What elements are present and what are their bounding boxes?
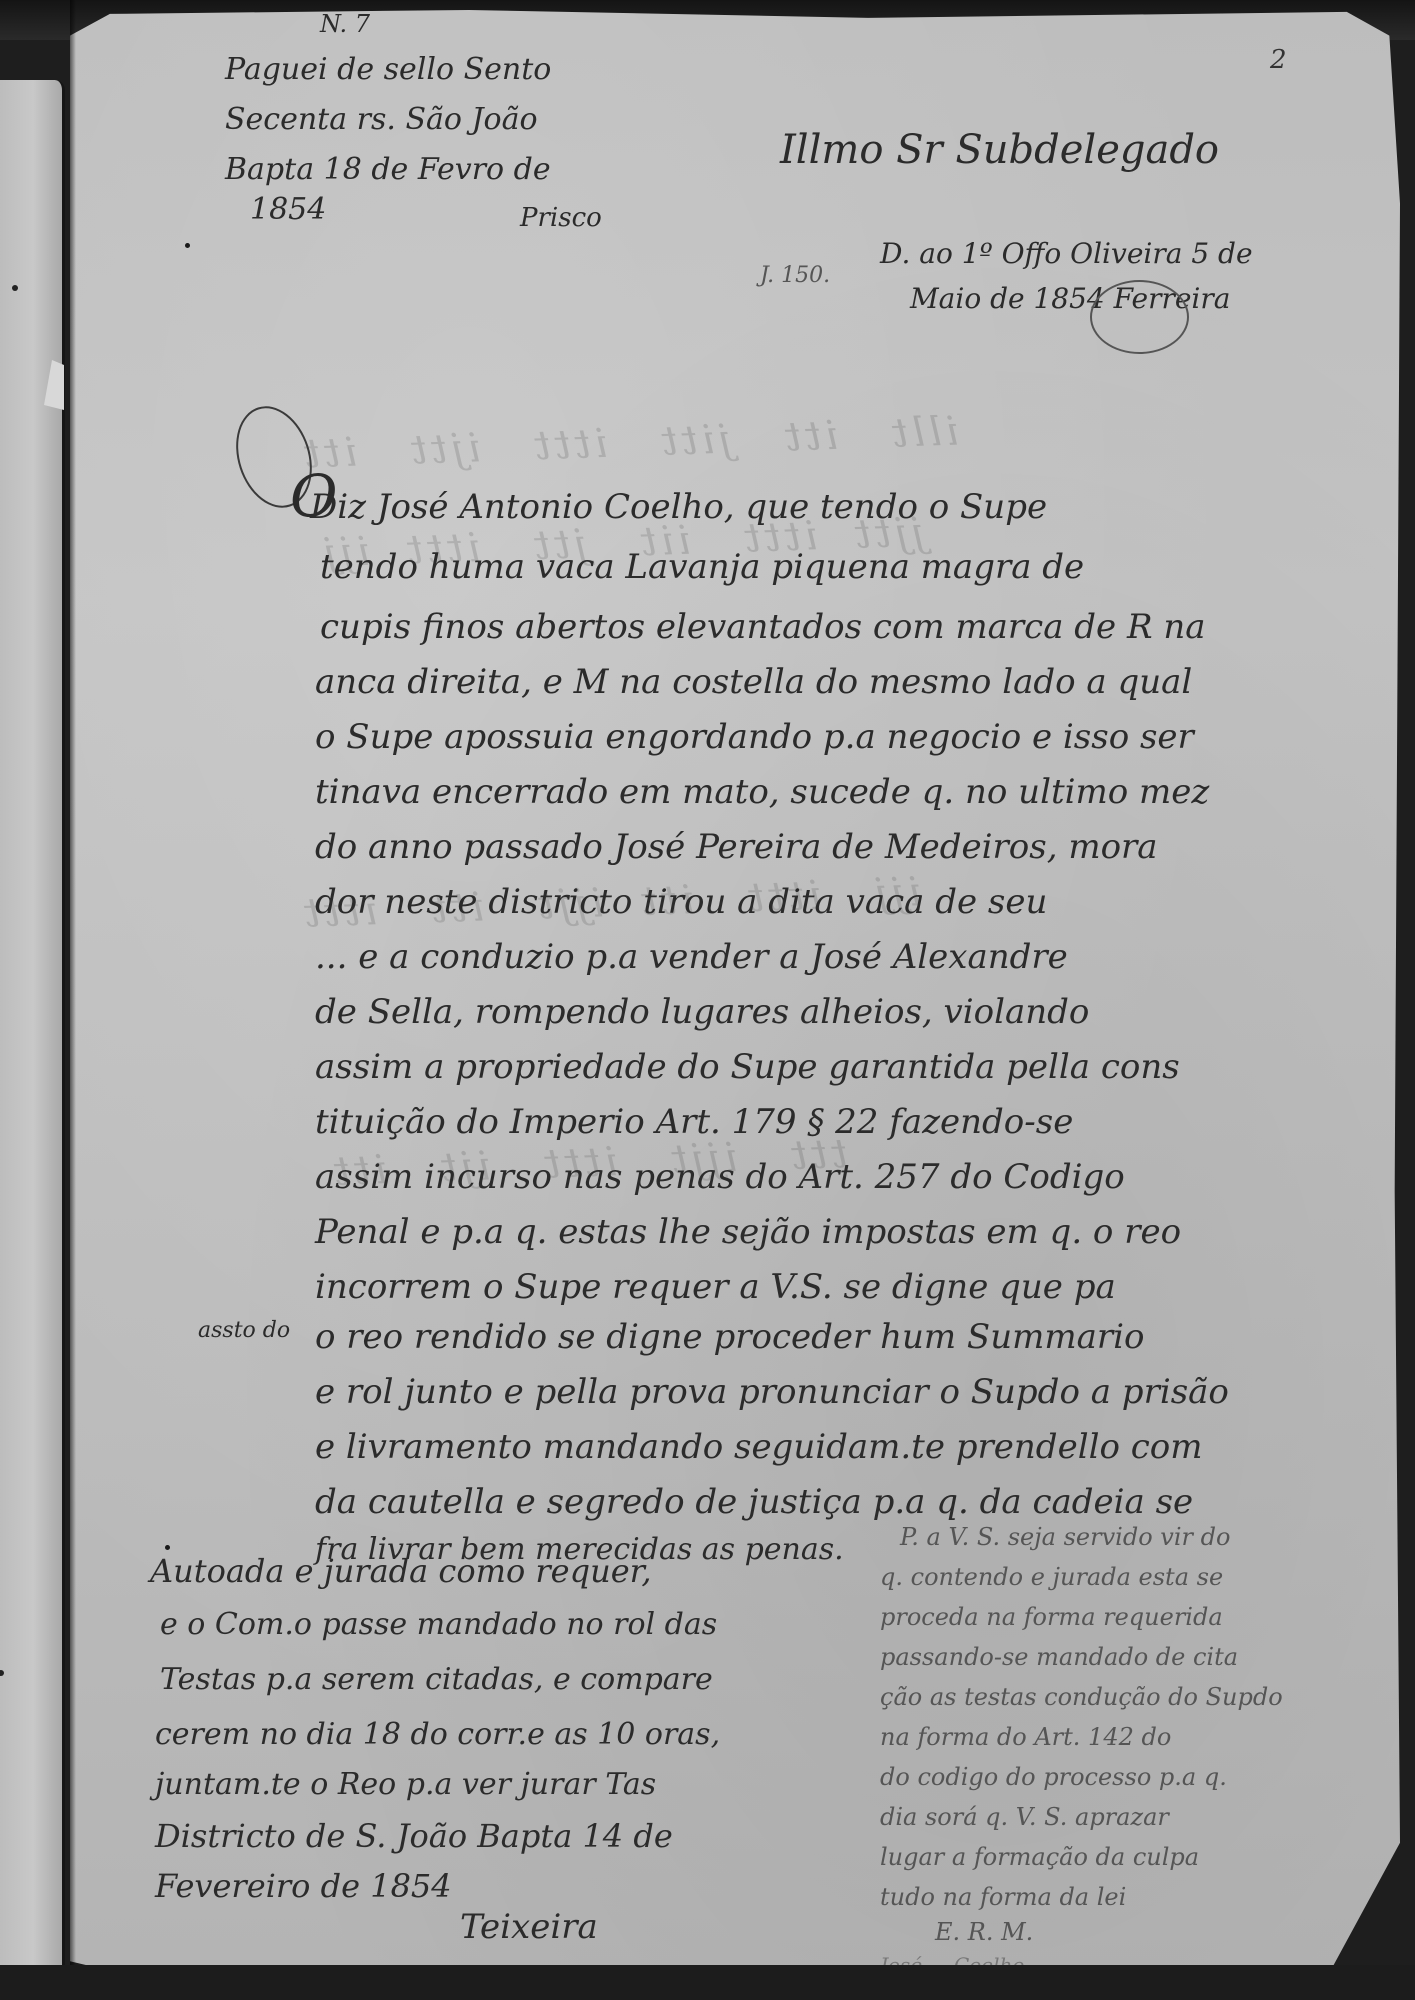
closing-line: do codigo do processo p.a q. <box>880 1765 1227 1789</box>
ink-spot <box>0 1670 4 1676</box>
spine-shadow <box>70 0 76 2000</box>
header-signature: Prisco <box>520 205 602 231</box>
stamp-duty-line: Bapta 18 de Fevro de <box>225 155 551 185</box>
closing-abbreviation: E. R. M. <box>935 1920 1033 1944</box>
clerk-line: e o Com.o passe mandado no rol das <box>160 1610 717 1640</box>
scanner-background-bottom <box>0 1965 1415 2000</box>
margin-note: J. 150. <box>760 265 830 287</box>
body-line: e rol junto e pella prova pronunciar o S… <box>315 1375 1229 1409</box>
closing-line: ção as testas condução do Supdo <box>880 1685 1283 1709</box>
closing-line: lugar a formação da culpa <box>880 1845 1199 1869</box>
closing-line: proceda na forma requerida <box>880 1605 1223 1629</box>
body-line: tendo huma vaca Lavanja piquena magra de <box>320 550 1084 584</box>
page-number: 2 <box>1270 45 1287 75</box>
closing-line: dia sorá q. V. S. aprazar <box>880 1805 1169 1829</box>
body-line: o Supe apossuia engordando p.a negocio e… <box>315 720 1194 754</box>
body-line: ... e a conduzio p.a vender a José Alexa… <box>315 940 1068 974</box>
body-line: o reo rendido se digne proceder hum Summ… <box>315 1320 1144 1354</box>
closing-line: passando-se mandado de cita <box>880 1645 1238 1669</box>
salutation: Illmo Sr Subdelegado <box>780 130 1219 170</box>
body-line: de Sella, rompendo lugares alheios, viol… <box>315 995 1089 1029</box>
clerk-line: Fevereiro de 1854 <box>155 1870 452 1902</box>
body-line: Penal e p.a q. estas lhe sejão impostas … <box>315 1215 1181 1249</box>
ink-spot <box>185 243 190 248</box>
dispatch-line: D. ao 1º Offo Oliveira 5 de <box>880 240 1253 268</box>
closing-line: P. a V. S. seja servido vir do <box>900 1525 1230 1549</box>
closing-line: q. contendo e jurada esta se <box>880 1565 1223 1589</box>
signature-flourish <box>1090 280 1189 354</box>
clerk-line: Autoada e jurada como requer, <box>150 1555 652 1587</box>
closing-line: na forma do Art. 142 do <box>880 1725 1171 1749</box>
body-margin-note: assto do <box>198 1320 290 1342</box>
body-line: da cautella e segredo de justiça p.a q. … <box>315 1485 1193 1519</box>
clerk-line: Districto de S. João Bapta 14 de <box>155 1820 673 1852</box>
stamp-duty-line: Paguei de sello Sento <box>225 55 551 85</box>
clerk-signature: Teixeira <box>460 1910 598 1944</box>
clerk-line: cerem no dia 18 do corr.e as 10 oras, <box>155 1720 720 1750</box>
page-tear <box>44 360 64 410</box>
body-line: assim incurso nas penas do Art. 257 do C… <box>315 1160 1125 1194</box>
body-line: anca direita, e M na costella do mesmo l… <box>315 665 1192 699</box>
body-line: Diz José Antonio Coelho, que tendo o Sup… <box>310 490 1047 524</box>
body-line: dor neste districto tirou a dita vaca de… <box>315 885 1047 919</box>
body-line: assim a propriedade do Supe garantida pe… <box>315 1050 1180 1084</box>
ink-spot <box>12 285 18 291</box>
ink-spot <box>165 1545 170 1550</box>
body-line: incorrem o Supe requer a V.S. se digne q… <box>315 1270 1116 1304</box>
facing-page-edge <box>0 80 65 1975</box>
closing-line: tudo na forma da lei <box>880 1885 1126 1909</box>
body-line: cupis finos abertos elevantados com marc… <box>320 610 1206 644</box>
body-line: tituição do Imperio Art. 179 § 22 fazend… <box>315 1105 1073 1139</box>
stamp-duty-line: Secenta rs. São João <box>225 105 538 135</box>
body-line: tinava encerrado em mato, sucede q. no u… <box>315 775 1209 809</box>
clerk-line: juntam.te o Reo p.a ver jurar Tas <box>155 1770 656 1800</box>
body-line: do anno passado José Pereira de Medeiros… <box>315 830 1158 864</box>
stamp-duty-line: 1854 <box>250 195 326 225</box>
document-number: N. 7 <box>320 12 370 36</box>
clerk-line: Testas p.a serem citadas, e compare <box>160 1665 713 1695</box>
body-line: e livramento mandando seguidam.te prende… <box>315 1430 1202 1464</box>
